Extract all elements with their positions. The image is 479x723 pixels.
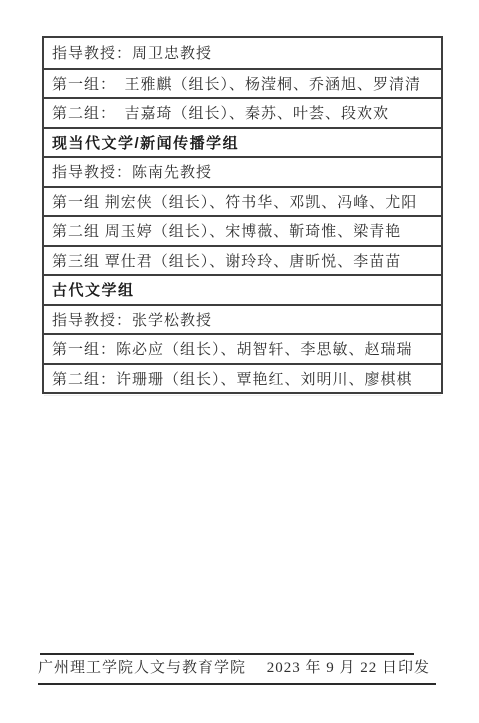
table-row-group: 第三组 覃仕君（组长）、谢玲玲、唐昕悦、李苗苗	[44, 245, 441, 275]
document-page: 指导教授：周卫忠教授 第一组： 王雅麒（组长）、杨滢桐、乔涵旭、罗清清 第二组：…	[0, 0, 479, 723]
table-row-group: 第二组： 吉嘉琦（组长）、秦苏、叶荟、段欢欢	[44, 97, 441, 127]
table-row-group: 第二组 周玉婷（组长）、宋博薇、靳琦惟、梁青艳	[44, 215, 441, 245]
table-row-group: 第一组： 王雅麒（组长）、杨滢桐、乔涵旭、罗清清	[44, 68, 441, 98]
groups-table: 指导教授：周卫忠教授 第一组： 王雅麒（组长）、杨滢桐、乔涵旭、罗清清 第二组：…	[42, 36, 443, 394]
table-section-header-ancient-literature: 古代文学组	[44, 274, 441, 304]
table-row-group: 第一组 荆宏侠（组长）、符书华、邓凯、冯峰、尤阳	[44, 186, 441, 216]
table-bottom-shadow-line	[44, 395, 441, 396]
table-section-header-modern-literature: 现当代文学/新闻传播学组	[44, 127, 441, 157]
table-row-group: 第二组：许珊珊（组长）、覃艳红、刘明川、廖棋棋	[44, 363, 441, 393]
table-row-group: 第一组：陈必应（组长）、胡智轩、李思敏、赵瑞瑞	[44, 333, 441, 363]
table-row-advisor: 指导教授：张学松教授	[44, 304, 441, 334]
footer-top-rule	[40, 653, 414, 655]
footer: 广州理工学院人文与教育学院 2023 年 9 月 22 日印发	[38, 658, 436, 685]
issuing-department: 广州理工学院人文与教育学院	[38, 658, 246, 678]
issue-date: 2023 年 9 月 22 日印发	[267, 658, 436, 678]
table-row-advisor: 指导教授：陈南先教授	[44, 156, 441, 186]
table-row-advisor: 指导教授：周卫忠教授	[44, 38, 441, 68]
